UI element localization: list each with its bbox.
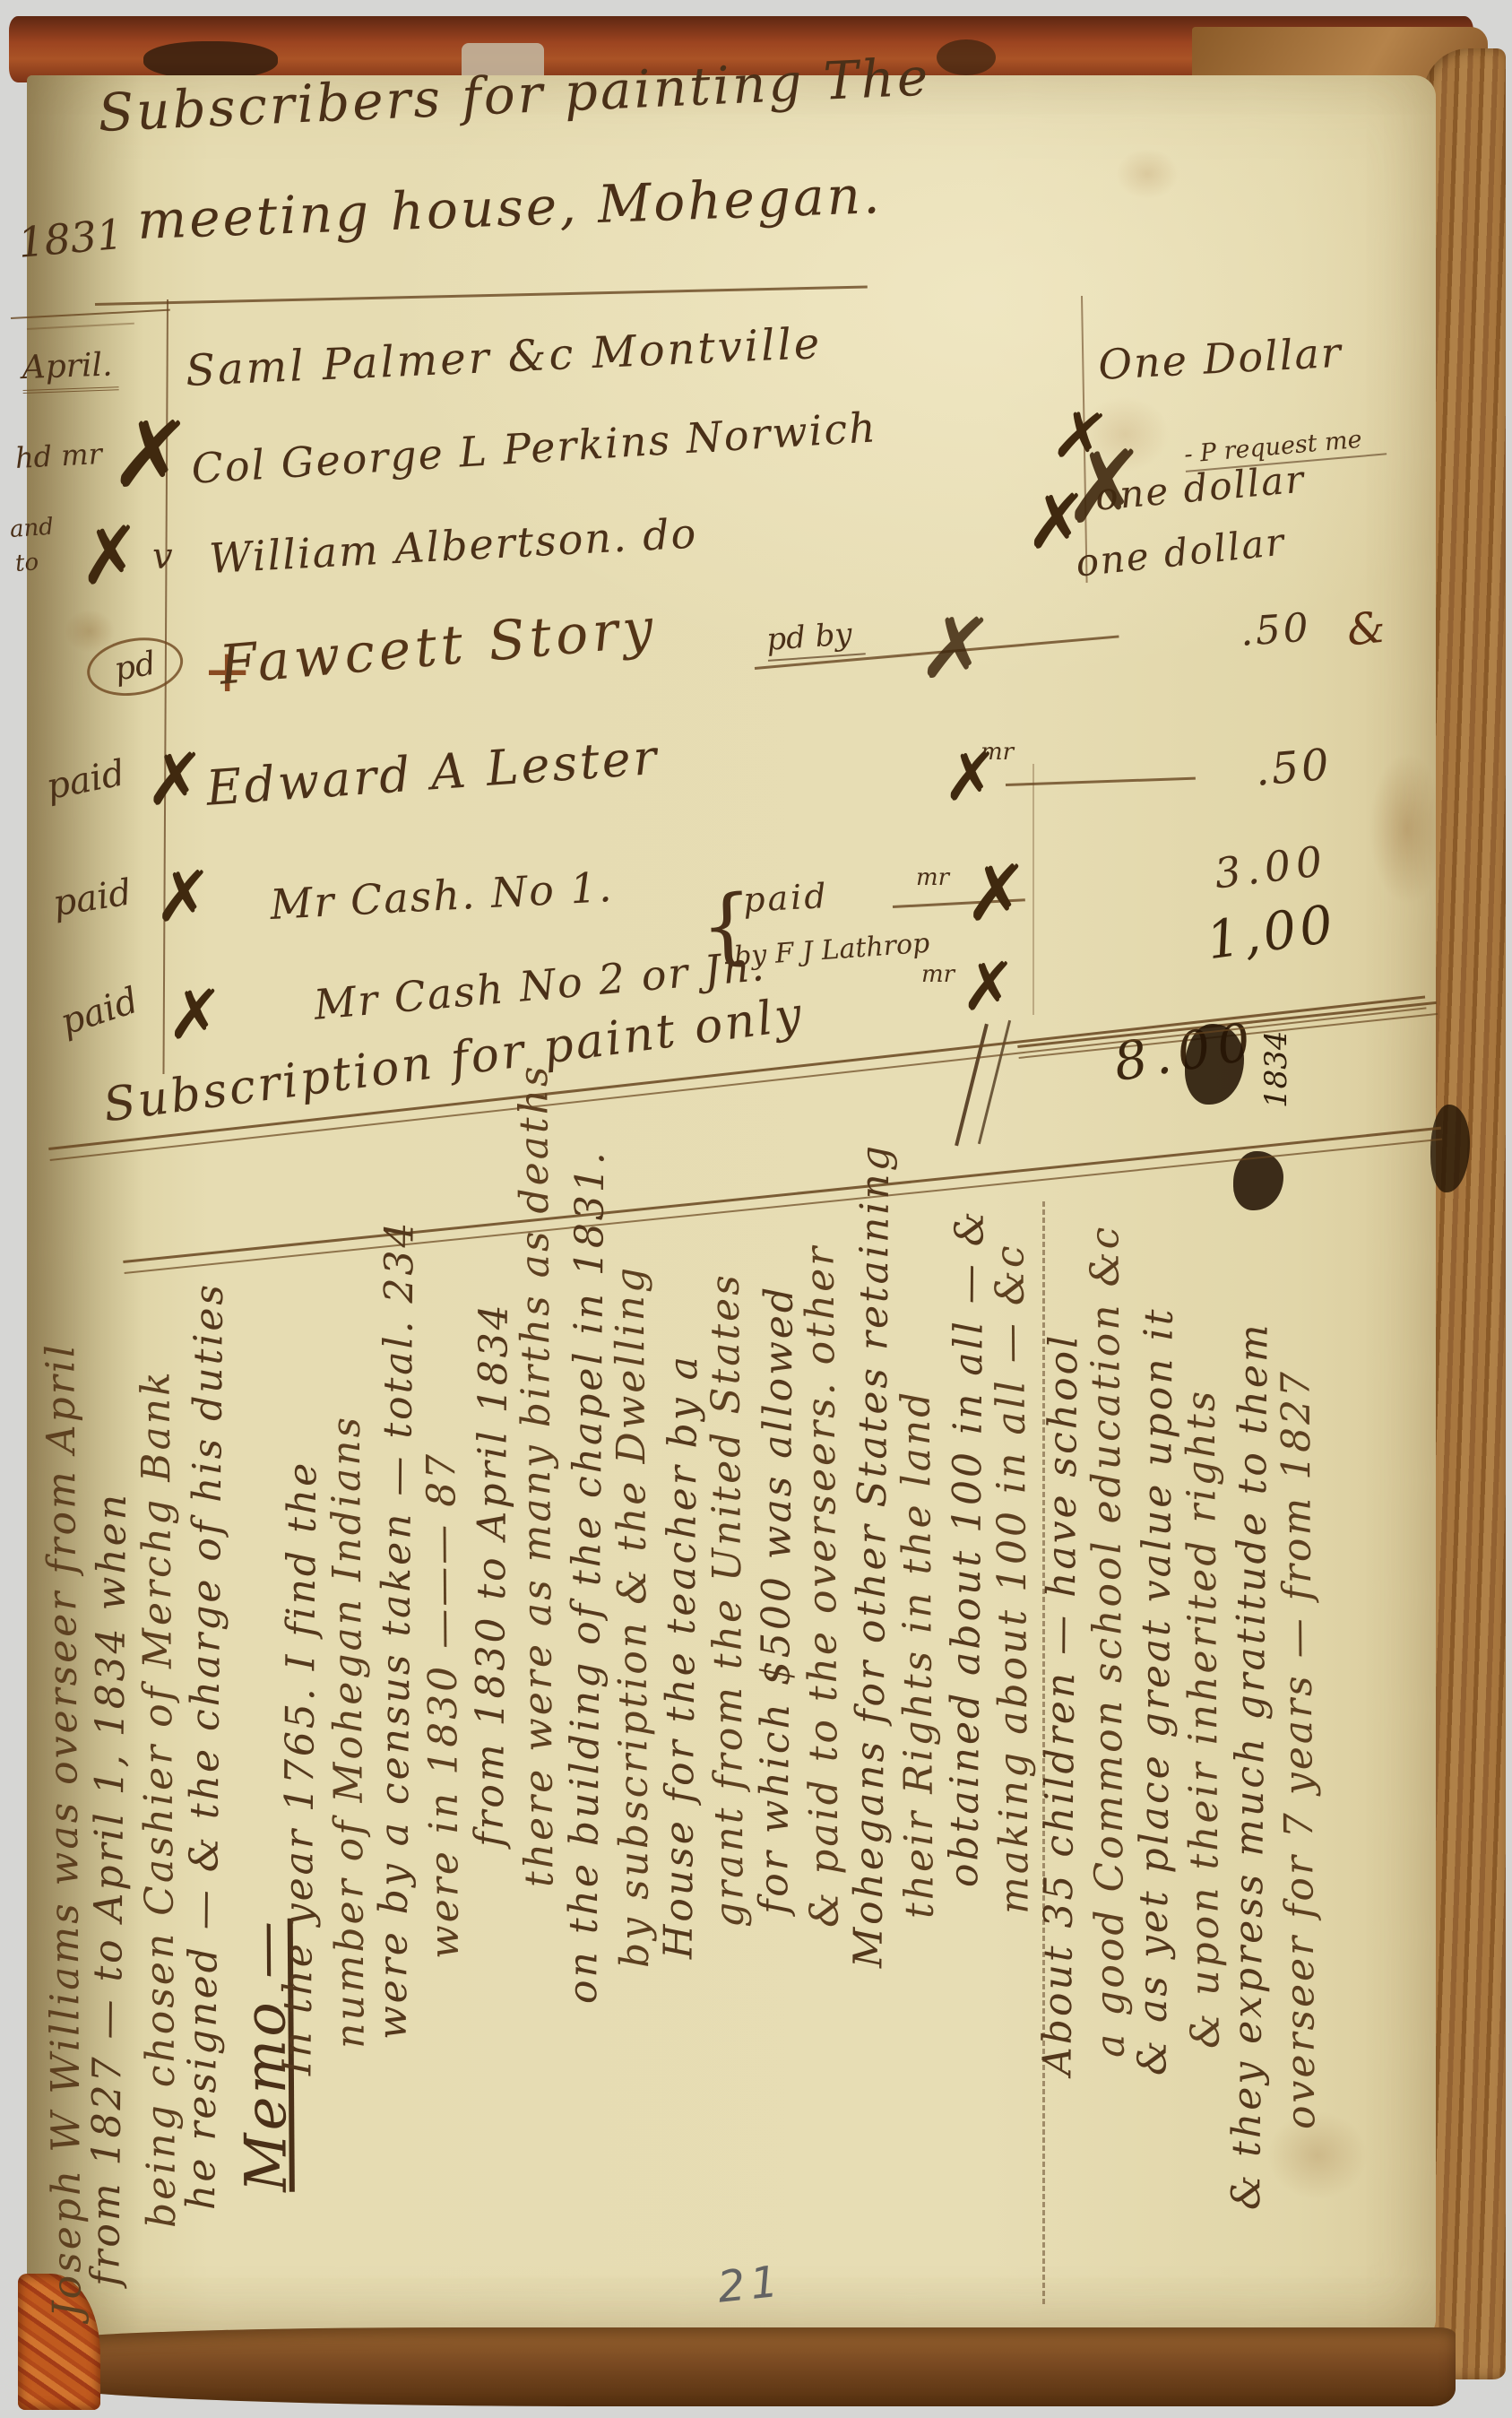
row5-margin-x-mark: ✗ <box>145 744 205 816</box>
binding-wear-spot <box>143 41 278 79</box>
rotated-memo-block: Joseph W Williams was overseer from Apri… <box>40 1062 1371 2336</box>
row3-margin-note: and <box>9 514 55 543</box>
scanned-manuscript-page: Subscribers for painting The meeting hou… <box>0 0 1512 2418</box>
row7-small-note: mr <box>921 961 955 988</box>
row3-ditto-flourish: & <box>1344 602 1387 656</box>
row1-margin-date: April. <box>22 346 118 394</box>
row5-x-mark: ✗ <box>943 744 998 810</box>
row5-amount: .50 <box>1253 740 1334 796</box>
row4-struck-note: pd by <box>765 615 866 662</box>
row7-margin-x-mark: ✗ <box>167 981 224 1049</box>
row4-x-mark: ✗ <box>915 602 996 697</box>
binding-wear-spot <box>937 39 996 75</box>
pencil-page-number: 21 <box>715 2256 786 2312</box>
ledger-check-column-line <box>1032 764 1034 1015</box>
row3-margin-x-mark: ✗ <box>75 516 145 597</box>
row6-small-note: mr <box>916 864 949 891</box>
row7-x-mark: ✗ <box>961 954 1016 1020</box>
memo-line: overseer for 7 years — from 1827 <box>1271 1062 1327 2336</box>
row6-margin-x-mark: ✗ <box>154 862 212 932</box>
row2-margin-x-mark: ✗ <box>108 405 194 506</box>
row3-margin-note-2: to <box>14 549 39 577</box>
row2-margin-note: hd mr <box>14 437 103 475</box>
row6-paid-note: paid <box>742 876 830 920</box>
year-label: 1831 <box>16 210 125 267</box>
row6-x-mark: ✗ <box>964 855 1029 932</box>
row4-amount: .50 <box>1239 604 1312 654</box>
row3-margin-v-mark: v <box>152 536 173 577</box>
book-bottom-edge <box>32 2327 1456 2406</box>
